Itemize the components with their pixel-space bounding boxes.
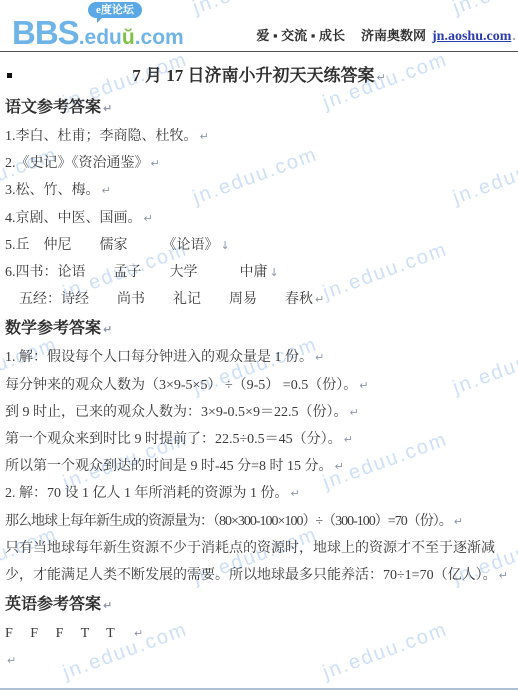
section-heading-text: 数学参考答案 [5,320,101,337]
section-heading-text: 语文参考答案 [5,99,101,116]
answer-line: 1.李白、杜甫；李商隐、杜牧。↵ [0,123,518,150]
paragraph-mark: ↵ [315,293,324,306]
answer-line: F F F T T ↵ [0,620,518,647]
linebreak-mark: ↓ [270,266,279,279]
answer-line: 3.松、竹、梅。↵ [0,177,518,204]
answer-line: 每分钟来的观众人数为（3×9-5×5） ÷（9-5） =0.5（份）。↵ [0,372,518,399]
answer-text: 那么地球上每年新生成的资源量为：（80×300-100×100）÷（300-10… [5,514,452,529]
answer-line: ↵ [0,647,518,674]
paragraph-mark: ↵ [144,212,153,225]
paragraph-mark: ↵ [315,351,324,364]
paragraph-mark: ↵ [454,515,463,528]
answer-line: 2.《史记》《资治通鉴》↵ [0,150,518,177]
answer-line: 5.丘 仲尼 儒家 《论语》↓ [0,232,518,259]
answer-line: 2. 解：70 设 1 亿人 1 年所消耗的资源为 1 份。↵ [0,480,518,507]
title-bullet [7,73,12,78]
paragraph-mark: ↵ [134,627,143,640]
paragraph-mark: ↵ [344,433,353,446]
answer-text: 6.四书：论语 孟子 大学 中庸 [5,265,268,280]
linebreak-mark: ↓ [221,239,230,252]
paragraph-mark: ↵ [103,323,112,336]
answer-line: 到 9 时止，已来的观众人数为：3×9-0.5×9＝22.5（份）。↵ [0,399,518,426]
bottom-divider [0,688,518,690]
answer-text: 4.京剧、中医、国画。 [5,211,142,226]
paragraph-mark: ↵ [499,569,508,582]
section-heading-english: 英语参考答案↵ [0,593,518,618]
answer-text: 3.松、竹、梅。 [5,183,100,198]
site-name: 济南奥数网 [361,25,426,44]
answer-text: 所以第一个观众到达的时间是 9 时-45 分=8 时 15 分。 [5,459,333,474]
paragraph-mark: ↵ [103,599,112,612]
answer-text: 只有当地球每年新生资源不少于消耗点的资源时，地球上的资源才不至于逐渐减 [5,541,495,556]
answer-line: 6.四书：论语 孟子 大学 中庸↓ [0,259,518,286]
answer-line: 只有当地球每年新生资源不少于消耗点的资源时，地球上的资源才不至于逐渐减 [0,535,518,562]
paragraph-mark: ↵ [102,184,111,197]
answer-text: 5.丘 仲尼 儒家 《论语》 [5,238,219,253]
answer-text: 1.李白、杜甫；李商隐、杜牧。 [5,129,198,144]
paragraph-mark: ↵ [103,102,112,115]
site-link[interactable]: jn.aoshu.com [432,29,511,45]
logo-bbs-text: BBS [12,16,79,49]
answer-text: 每分钟来的观众人数为（3×9-5×5） ÷（9-5） =0.5（份）。 [5,378,357,393]
section-heading-math: 数学参考答案↵ [0,317,518,342]
answer-line: 少，才能满足人类不断发展的需要。所以地球最多只能养活：70÷1=70（亿人）。↵ [0,562,518,589]
answer-line: 1. 解：假设每个人口每分钟进入的观众量是 1 份。↵ [0,344,518,371]
answer-text: 2.《史记》《资治通鉴》 [5,156,149,171]
section-heading-chinese: 语文参考答案↵ [0,96,518,121]
after-link-dot: . [512,28,516,43]
paragraph-mark: ↵ [359,379,368,392]
answer-text: 1. 解：假设每个人口每分钟进入的观众量是 1 份。 [5,350,313,365]
eduu-forum-badge-label: e度论坛 [96,4,134,16]
answer-line: 第一个观众来到时比 9 时提前了：22.5÷0.5＝45（分）。↵ [0,426,518,453]
paragraph-mark: ↵ [335,460,344,473]
section-heading-text: 英语参考答案 [5,596,101,613]
page-title: 7 月 17 日济南小升初天天练答案 [132,66,374,85]
answer-line: 那么地球上每年新生成的资源量为：（80×300-100×100）÷（300-10… [0,508,518,535]
paragraph-mark: ↵ [151,157,160,170]
answer-text: 五经：诗经 尚书 礼记 周易 春秋 [5,292,313,307]
answer-text: 少，才能满足人类不断发展的需要。所以地球最多只能养活：70÷1=70（亿人）。 [5,568,497,583]
header-right: 爱 ▪ 交流 ▪ 成长 济南奥数网 jn.aoshu.com . [256,25,516,51]
answer-text: 第一个观众来到时比 9 时提前了：22.5÷0.5＝45（分）。 [5,432,342,447]
title-row: 7 月 17 日济南小升初天天练答案↵ [0,64,518,88]
tagline: 爱 ▪ 交流 ▪ 成长 [256,25,345,44]
paragraph-mark: ↵ [377,71,386,84]
logo-sprout-u: ŭ [122,27,135,48]
eduu-forum-badge: e度论坛 [88,2,142,18]
answer-line: 五经：诗经 尚书 礼记 周易 春秋↵ [0,286,518,313]
answer-text: 2. 解：70 设 1 亿人 1 年所消耗的资源为 1 份。 [5,486,289,501]
answer-text: F F F T T [5,626,132,641]
logo-com-text: .com [135,27,184,48]
logo-edu-text: .edu [79,27,122,48]
paragraph-mark: ↵ [200,130,209,143]
paragraph-mark: ↵ [291,487,300,500]
answer-line: 4.京剧、中医、国画。↵ [0,205,518,232]
answer-line: 所以第一个观众到达的时间是 9 时-45 分=8 时 15 分。↵ [0,453,518,480]
answer-text: 到 9 时止，已来的观众人数为：3×9-0.5×9＝22.5（份）。 [5,405,347,420]
header: BBS.eduŭ.com e度论坛 爱 ▪ 交流 ▪ 成长 济南奥数网 jn.a… [0,0,518,52]
paragraph-mark: ↵ [349,406,358,419]
paragraph-mark: ↵ [7,654,16,667]
